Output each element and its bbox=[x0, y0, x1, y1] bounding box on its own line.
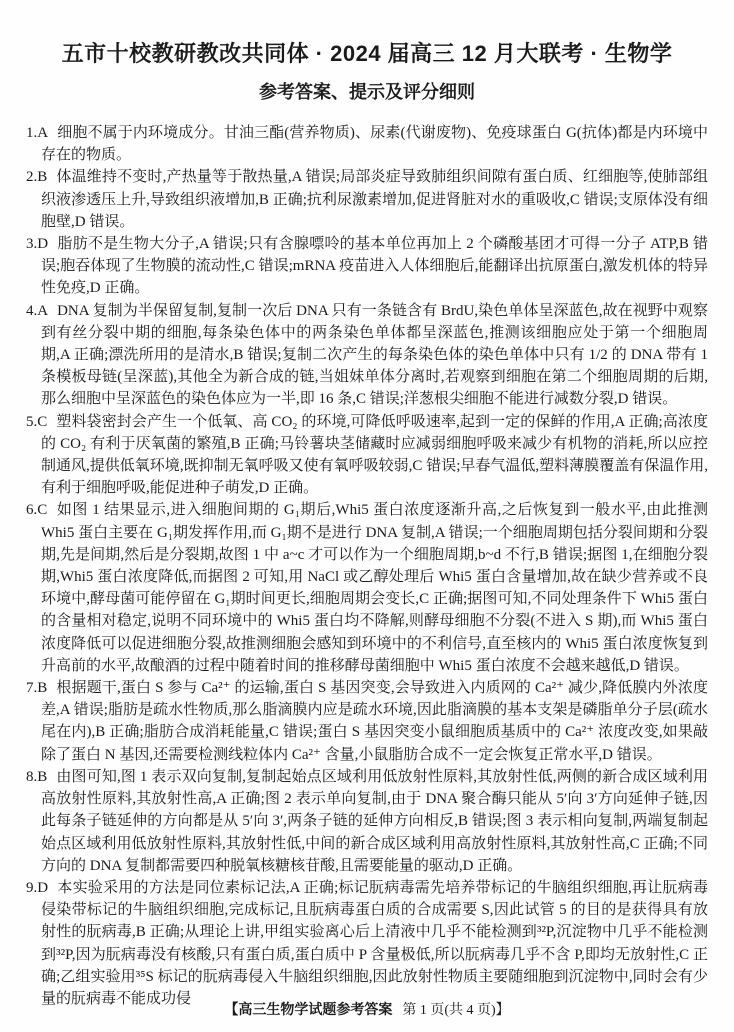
page-title: 五市十校教研教改共同体 · 2024 届高三 12 月大联考 · 生物学 bbox=[26, 40, 708, 68]
answer-item-7: 7.B根据题干,蛋白 S 参与 Ca²⁺ 的运输,蛋白 S 基因突变,会导致进入… bbox=[26, 677, 708, 766]
answer-text-6: 如图 1 结果显示,进入细胞间期的 G₁期后,Whi5 蛋白浓度逐渐升高,之后恢… bbox=[41, 502, 708, 673]
exam-answer-page: 五市十校教研教改共同体 · 2024 届高三 12 月大联考 · 生物学 参考答… bbox=[0, 0, 734, 1032]
answer-item-8: 8.B由图可知,图 1 表示双向复制,复制起始点区域利用低放射性原料,其放射性低… bbox=[26, 766, 708, 877]
answer-text-2: 体温维持不变时,产热量等于散热量,A 错误;局部炎症导致肺组织间隙有蛋白质、红细… bbox=[41, 169, 708, 229]
answer-item-1: 1.A细胞不属于内环境成分。甘油三酯(营养物质)、尿素(代谢废物)、免疫球蛋白 … bbox=[26, 122, 708, 166]
answer-text-8: 由图可知,图 1 表示双向复制,复制起始点区域利用低放射性原料,其放射性低,两侧… bbox=[41, 769, 708, 874]
footer-page-number: 第 1 页(共 4 页)】 bbox=[402, 1003, 509, 1018]
answer-item-4: 4.ADNA 复制为半保留复制,复制一次后 DNA 只有一条链含有 BrdU,染… bbox=[26, 300, 708, 411]
page-subtitle: 参考答案、提示及评分细则 bbox=[26, 80, 708, 104]
answer-item-2: 2.B体温维持不变时,产热量等于散热量,A 错误;局部炎症导致肺组织间隙有蛋白质… bbox=[26, 166, 708, 233]
page-footer: 【高三生物学试题参考答案第 1 页(共 4 页)】 bbox=[0, 1000, 734, 1020]
answer-label-6: 6.C bbox=[26, 502, 47, 518]
answer-label-7: 7.B bbox=[26, 680, 47, 696]
answer-label-1: 1.A bbox=[26, 125, 48, 141]
answers-list: 1.A细胞不属于内环境成分。甘油三酯(营养物质)、尿素(代谢废物)、免疫球蛋白 … bbox=[26, 122, 708, 1010]
answer-label-8: 8.B bbox=[26, 769, 47, 785]
answer-label-9: 9.D bbox=[26, 880, 48, 896]
answer-text-4: DNA 复制为半保留复制,复制一次后 DNA 只有一条链含有 BrdU,染色单体… bbox=[41, 303, 708, 408]
answer-text-3: 脂肪不是生物大分子,A 错误;只有含腺嘌呤的基本单位再加上 2 个磷酸基团才可得… bbox=[41, 236, 708, 296]
answer-label-2: 2.B bbox=[26, 169, 47, 185]
answer-item-6: 6.C如图 1 结果显示,进入细胞间期的 G₁期后,Whi5 蛋白浓度逐渐升高,… bbox=[26, 499, 708, 677]
answer-item-3: 3.D脂肪不是生物大分子,A 错误;只有含腺嘌呤的基本单位再加上 2 个磷酸基团… bbox=[26, 233, 708, 300]
answer-item-5: 5.C塑料袋密封会产生一个低氧、高 CO₂ 的环境,可降低呼吸速率,起到一定的保… bbox=[26, 411, 708, 500]
answer-label-5: 5.C bbox=[26, 414, 47, 430]
answer-label-3: 3.D bbox=[26, 236, 48, 252]
answer-text-9: 本实验采用的方法是同位素标记法,A 正确;标记朊病毒需先培养带标记的牛脑组织细胞… bbox=[41, 880, 708, 1007]
answer-label-4: 4.A bbox=[26, 303, 48, 319]
answer-text-7: 根据题干,蛋白 S 参与 Ca²⁺ 的运输,蛋白 S 基因突变,会导致进入内质网… bbox=[41, 680, 708, 763]
answer-item-9: 9.D本实验采用的方法是同位素标记法,A 正确;标记朊病毒需先培养带标记的牛脑组… bbox=[26, 877, 708, 1010]
answer-text-5: 塑料袋密封会产生一个低氧、高 CO₂ 的环境,可降低呼吸速率,起到一定的保鲜的作… bbox=[41, 414, 708, 497]
answer-text-1: 细胞不属于内环境成分。甘油三酯(营养物质)、尿素(代谢废物)、免疫球蛋白 G(抗… bbox=[41, 125, 708, 163]
footer-doc-label: 【高三生物学试题参考答案 bbox=[224, 1001, 392, 1017]
